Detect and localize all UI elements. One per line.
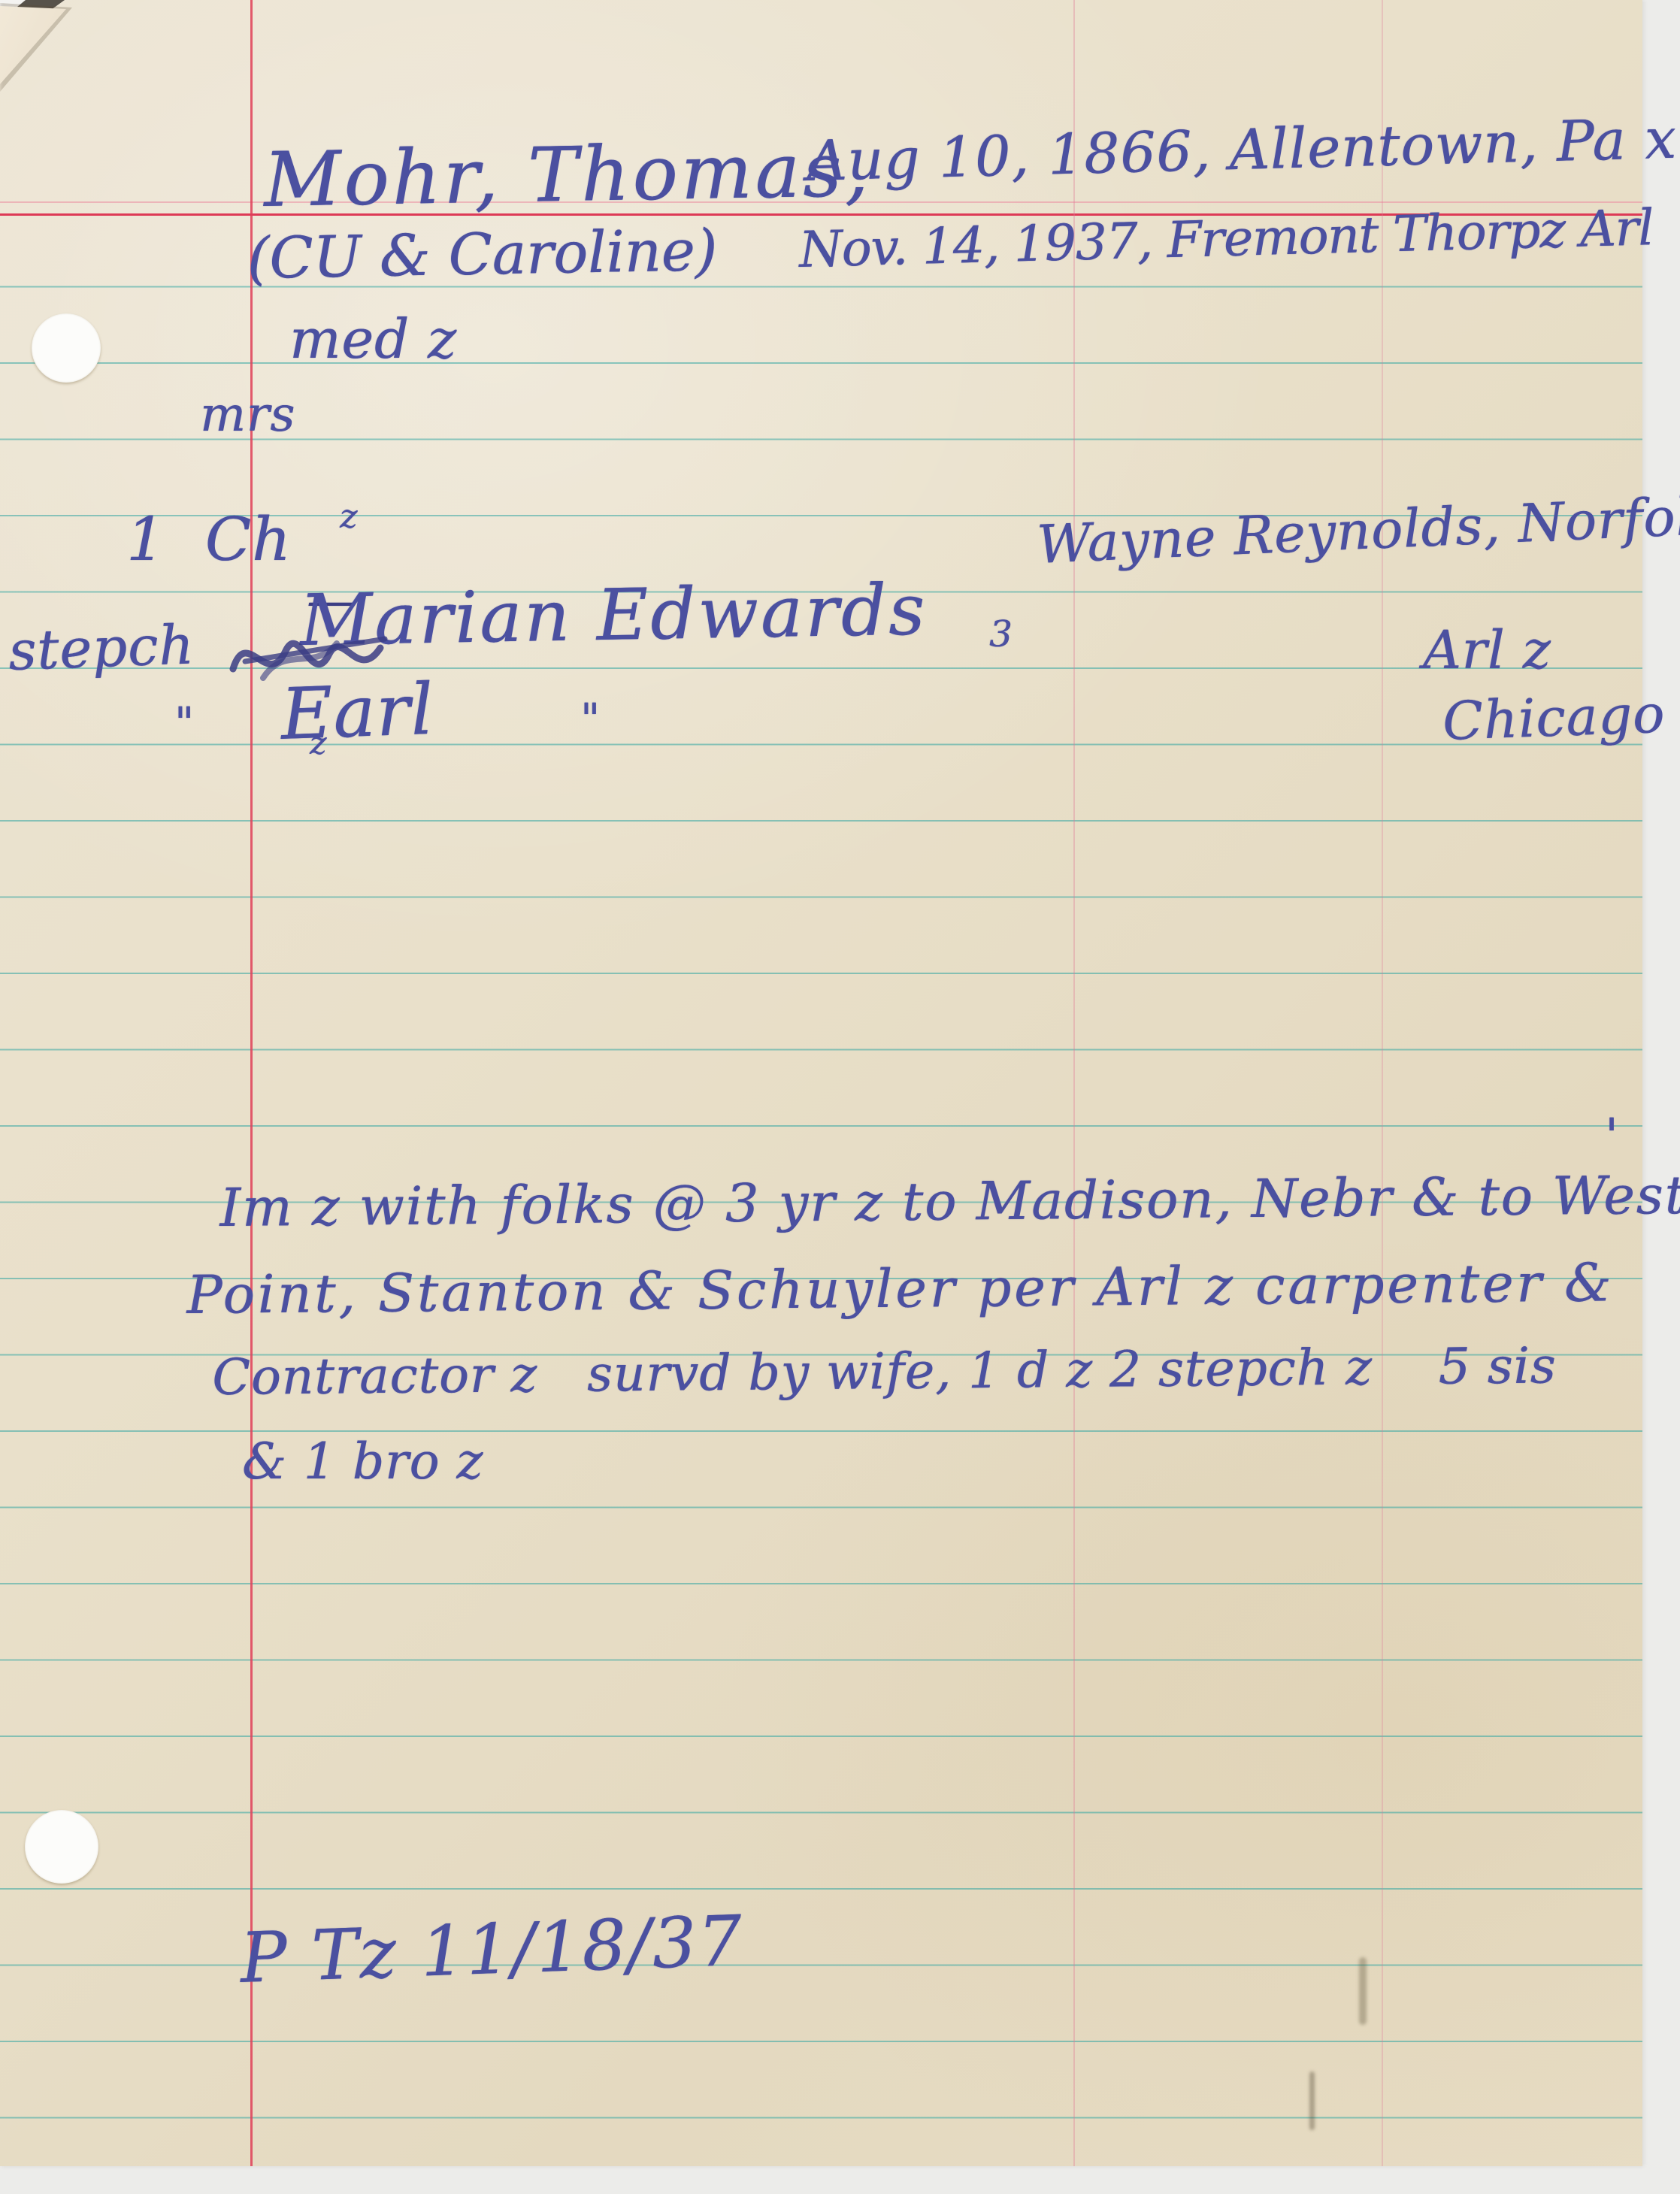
handwriting-parents-line: (CU & Caroline) — [247, 222, 718, 287]
handwriting-ditto-left: " — [174, 703, 195, 745]
handwriting-child-count-sup: z — [340, 501, 358, 534]
handwriting-bio-line-4: & 1 bro z — [242, 1437, 483, 1487]
handwriting-surname-line: Mohr, Thomas, — [263, 132, 872, 218]
handwriting-birth-line: Aug 10, 1866, Allentown, Pa x — [806, 111, 1678, 189]
handwriting-count-three: 3 — [989, 616, 1013, 652]
handwriting-child-count: 1 Ch — [126, 510, 292, 570]
handwriting-stray-tick: ' — [1605, 1112, 1619, 1161]
paper-smudge — [1359, 1957, 1367, 2025]
handwriting-ditto-under-edwards: " — [580, 699, 601, 741]
handwriting-bio-line-1: Im z with folks @ 3 yr z to Madison, Neb… — [219, 1169, 1680, 1234]
hole-punch-bottom — [25, 1810, 98, 1884]
hole-punch-top — [32, 313, 101, 383]
handwriting-bio-line-3: Contractor z survd by wife, 1 d z 2 step… — [212, 1341, 1557, 1403]
handwriting-chicago-note: Chicago — [1442, 688, 1666, 748]
handwriting-bio-line-2: Point, Stanton & Schuyler per Arl z carp… — [186, 1256, 1615, 1321]
handwriting-med-note: med z — [289, 312, 457, 366]
handwriting-spouse2-line: Wayne Reynolds, Norfolk — [1036, 489, 1680, 571]
ink-smudge — [1309, 2071, 1315, 2130]
handwriting-child-name: Earl — [280, 675, 435, 751]
handwriting-arl-note: Arl z — [1423, 624, 1551, 676]
faint-vertical-line-1 — [1073, 0, 1075, 2166]
faint-vertical-line-2 — [1382, 0, 1383, 2166]
scan-page: Mohr, Thomas,Aug 10, 1866, Allentown, Pa… — [0, 0, 1680, 2194]
paper: Mohr, Thomas,Aug 10, 1866, Allentown, Pa… — [0, 0, 1642, 2166]
handwriting-mrs-note: mrs — [200, 391, 295, 439]
handwriting-source-dateline: P Tz 11/18/37 — [239, 1907, 744, 1993]
handwriting-z-small: z — [310, 728, 327, 759]
handwriting-spouse1-name: Marian Edwards — [299, 575, 928, 657]
handwriting-stepch-label: stepch — [8, 617, 195, 678]
left-margin-line — [250, 0, 253, 2166]
handwriting-death-line: Nov. 14, 1937, Fremont Thorpz Arl — [798, 203, 1654, 275]
